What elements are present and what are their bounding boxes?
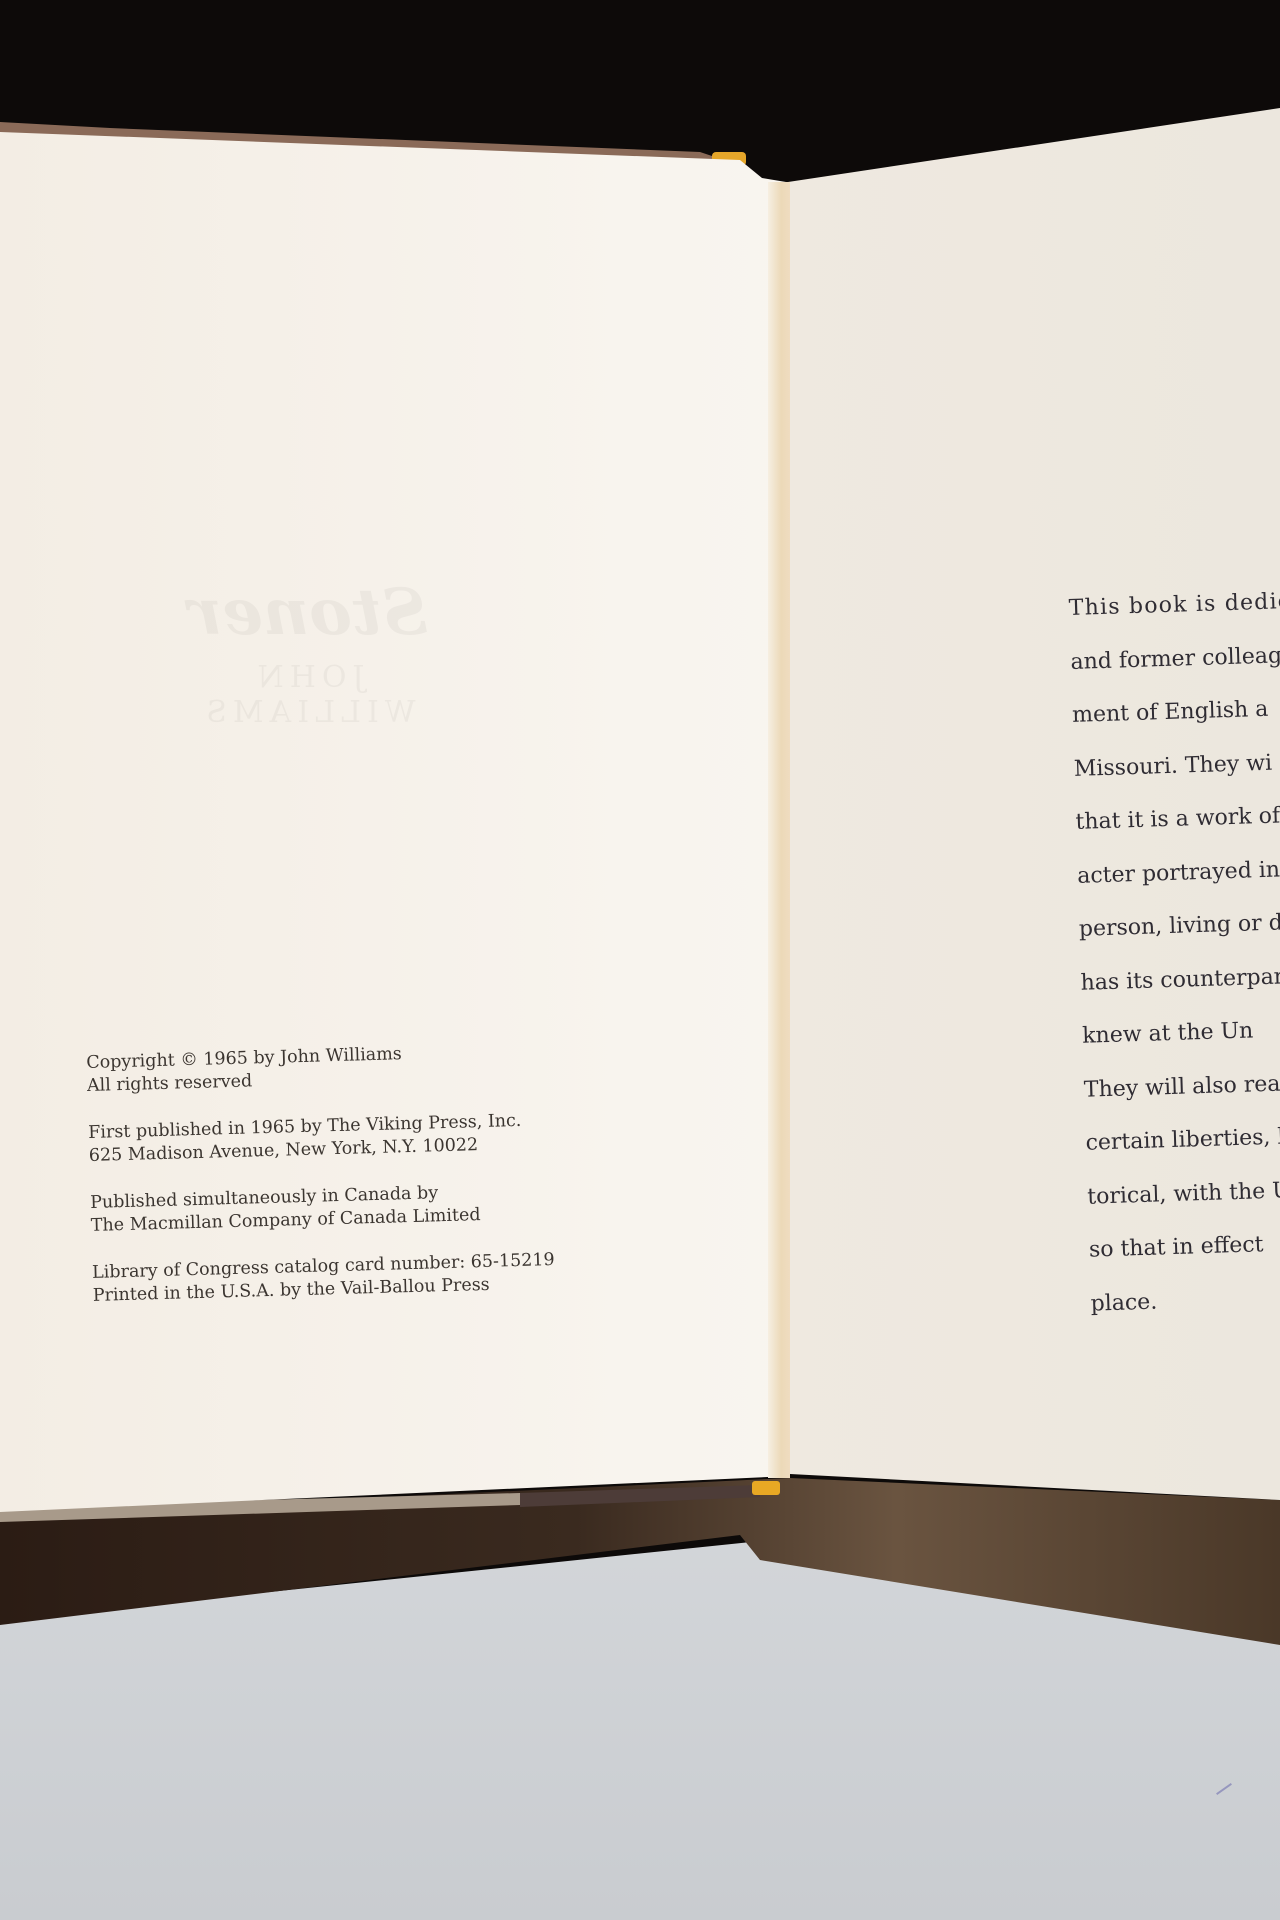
dedication-line: knew at the Un — [1081, 1003, 1280, 1063]
publisher-info: First published in 1965 by The Viking Pr… — [88, 1109, 552, 1167]
headband-bottom — [752, 1481, 780, 1495]
bleed-author: JOHN WILLIAMS — [148, 660, 468, 730]
dedication-line: ment of English a — [1071, 682, 1280, 742]
bleed-title: Stoner — [148, 575, 468, 650]
dedication-line: certain liberties, b — [1085, 1110, 1280, 1170]
dedication-line: torical, with the U — [1086, 1163, 1280, 1223]
title-page-bleed-through: Stoner JOHN WILLIAMS — [148, 575, 468, 755]
dedication-line: and former colleag — [1070, 628, 1280, 688]
dedication-line: Missouri. They wi — [1073, 735, 1280, 795]
dedication-text: This book is dedic and former colleag me… — [1068, 575, 1280, 1331]
dedication-line: place. — [1090, 1270, 1280, 1330]
dedication-line: person, living or de — [1078, 896, 1280, 956]
dedication-line: This book is dedic — [1068, 575, 1280, 635]
catalog-info: Library of Congress catalog card number:… — [92, 1249, 556, 1307]
dedication-line: They will also rea — [1083, 1056, 1280, 1116]
dedication-line: acter portrayed in — [1076, 842, 1280, 902]
dedication-line: has its counterpar — [1080, 949, 1280, 1009]
book-gutter — [768, 182, 790, 1478]
dedication-line: so that in effect — [1088, 1217, 1280, 1277]
copyright-block: Copyright © 1965 by John Williams All ri… — [86, 1039, 556, 1332]
dedication-line: that it is a work of — [1075, 789, 1280, 849]
canada-publisher-info: Published simultaneously in Canada by Th… — [90, 1179, 554, 1237]
